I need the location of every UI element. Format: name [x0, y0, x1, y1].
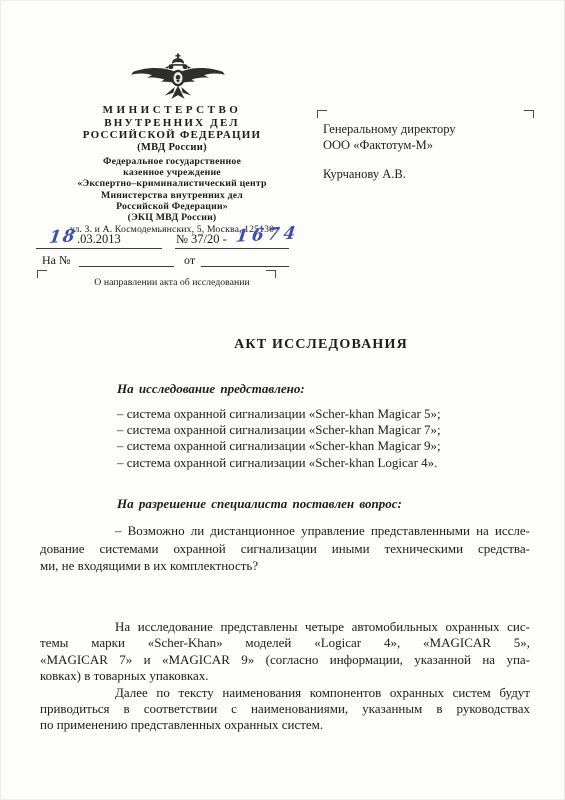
document-number-prefix: № 37/20 -	[176, 232, 227, 247]
number-underline	[175, 248, 289, 249]
corner-bracket-right-icon	[524, 110, 534, 118]
addressee-block: Генеральному директору ООО «Фактотум-М» …	[323, 122, 456, 183]
ministry-line: РОССИЙСКОЙ ФЕДЕРАЦИИ	[20, 129, 324, 142]
text-line: Далее по тексту наименования компонентов…	[40, 685, 530, 701]
handwritten-date-day: 18	[48, 226, 78, 248]
ministry-name-block: МИНИСТЕРСТВО ВНУТРЕННИХ ДЕЛ РОССИЙСКОЙ Ф…	[20, 104, 324, 154]
organization-line: казенное учреждение	[20, 167, 324, 178]
text-line: ковках) в товарных упаковках.	[40, 668, 530, 684]
corner-bracket-left-icon	[317, 110, 327, 118]
mvd-eagle-emblem-icon	[129, 53, 227, 105]
organization-line: Федеральное государственное	[20, 156, 324, 167]
text-line: «MAGICAR 7» и «MAGICAR 9» (согласно инфо…	[40, 652, 530, 668]
ministry-line: МИНИСТЕРСТВО	[20, 104, 324, 117]
section-heading-question: На разрешение специалиста поставлен вопр…	[117, 496, 402, 512]
organization-line: Министерства внутренних дел	[20, 190, 324, 201]
document-subject: О направлении акта об исследовании	[20, 277, 324, 288]
addressee-person: Курчанову А.В.	[323, 167, 456, 183]
list-item: – система охранной сигнализации «Scher-k…	[117, 406, 441, 422]
organization-line: Российской Федерации»	[20, 201, 324, 212]
list-item: – система охранной сигнализации «Scher-k…	[117, 422, 441, 438]
organization-line: (ЭКЦ МВД России)	[20, 212, 324, 223]
scanned-document-page: МИНИСТЕРСТВО ВНУТРЕННИХ ДЕЛ РОССИЙСКОЙ Ф…	[0, 0, 565, 800]
reply-from-date-label: от	[184, 253, 195, 268]
list-item: – система охранной сигнализации «Scher-k…	[117, 455, 441, 471]
reply-to-number-label: На №	[42, 253, 70, 268]
document-title: АКТ ИССЛЕДОВАНИЯ	[141, 337, 501, 353]
reply-date-underline	[201, 266, 289, 267]
addressee-position: Генеральному директору	[323, 122, 456, 138]
ministry-line: (МВД России)	[20, 142, 324, 155]
presented-items-list: – система охранной сигнализации «Scher-k…	[117, 406, 441, 471]
text-line: по применению представленных охранных си…	[40, 717, 530, 733]
addressee-company: ООО «Фактотум-М»	[323, 138, 456, 154]
list-item: – система охранной сигнализации «Scher-k…	[117, 438, 441, 454]
date-underline	[36, 248, 162, 249]
question-paragraph: – Возможно ли дистанционное управление п…	[40, 522, 530, 575]
body-paragraphs: На исследование представлены четыре авто…	[40, 619, 530, 734]
organization-line: «Экспертно–криминалистический центр	[20, 178, 324, 189]
text-line: На исследование представлены четыре авто…	[40, 619, 530, 635]
section-heading-presented: На исследование представлено:	[117, 381, 305, 397]
reply-number-underline	[79, 266, 174, 267]
text-line: приводиться в соответствии с наименовани…	[40, 701, 530, 717]
organization-name-block: Федеральное государственное казенное учр…	[20, 156, 324, 223]
handwritten-document-number: 1674	[235, 223, 301, 246]
printed-date: .03.2013	[77, 232, 121, 247]
ministry-line: ВНУТРЕННИХ ДЕЛ	[20, 117, 324, 130]
text-line: ми, не входящими в их комплектность?	[40, 557, 530, 575]
text-line: – Возможно ли дистанционное управление п…	[40, 522, 530, 540]
text-line: темы марки «Scher-Khan» моделей «Logicar…	[40, 635, 530, 651]
text-line: дование системами охранной сигнализации …	[40, 540, 530, 558]
